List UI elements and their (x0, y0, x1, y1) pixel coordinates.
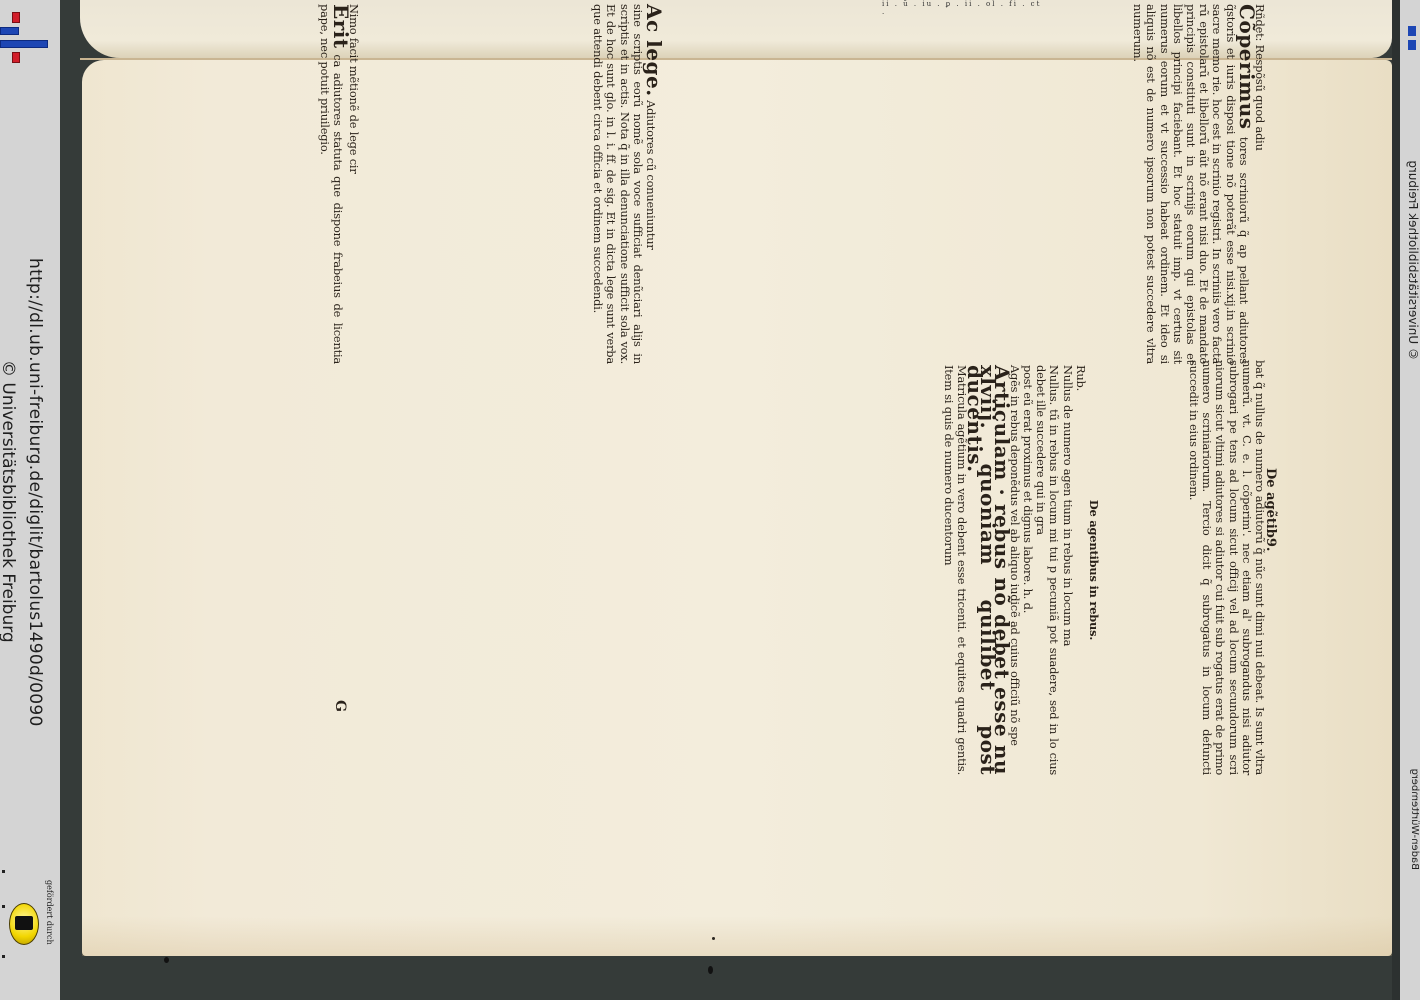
text-column-left-middle: Ac lege. Adiutores cũ conueniuntur sine … (591, 4, 660, 364)
rubric-label: Rub. (1074, 365, 1087, 775)
scanned-page-image: ii . ũ . iu . ꝑ . ii . ol . fi . ct . De… (60, 0, 1400, 1000)
logo-blue-bar-long (0, 40, 48, 48)
lions-crest-icon (15, 916, 33, 930)
university-flag-logo (0, 12, 48, 62)
initial-heading: Erit (329, 4, 353, 49)
section-heading: De agentibus in rebus. (1087, 365, 1100, 775)
column-line: Matricula agẽtium in vero debent esse tr… (942, 365, 968, 775)
column-text: bat q̃ nullus de numero adiutorũ q̃ nũc … (1187, 360, 1266, 775)
logo-red-mark-bottom (12, 52, 20, 63)
signature-mark: G (332, 700, 348, 712)
initial-heading: Ac lege. (642, 4, 666, 97)
viewer-right-margin: © Universitätsbibliothek Freiburg Baden-… (1400, 0, 1420, 1000)
section-heading-articulam: Articulam · rebus nõ debet esse nu xlvii… (968, 365, 1008, 775)
margin-dot (2, 870, 5, 873)
scan-right-edge (1392, 0, 1400, 1000)
logo-blue-bar-short (0, 27, 19, 35)
mirrored-funder-text: Baden-Württemberg (1409, 768, 1420, 870)
column-line: Nullus. tũ in rebus in locum mi tui p pe… (1034, 365, 1060, 775)
paper-spot (712, 937, 715, 940)
viewer-left-margin: http://dl.ub.uni-freiburg.de/diglit/bart… (0, 0, 61, 1000)
funded-by-label: gefördert durch (45, 880, 54, 945)
column-text: tores scriniorũ q̃ ap pellant adiutores … (1131, 4, 1251, 364)
logo-blue-mark (1408, 40, 1416, 50)
text-column-right: bat q̃ nullus de numero adiutorũ q̃ nũc … (1187, 360, 1266, 775)
margin-dot (2, 955, 5, 958)
paper-spot (164, 957, 169, 963)
margin-dot (2, 905, 5, 908)
text-column-right-lower: De agentibus in rebus. Rub. Nullus de nu… (942, 365, 1100, 775)
copyright-notice: © Universitätsbibliothek Freiburg (0, 360, 18, 643)
logo-blue-mark (1408, 26, 1416, 36)
paper-spot (708, 966, 713, 974)
baden-wuerttemberg-logo-icon (9, 903, 39, 945)
mirrored-copyright-text: © Universitätsbibliothek Freiburg (1406, 160, 1420, 360)
permalink-url[interactable]: http://dl.ub.uni-freiburg.de/diglit/bart… (25, 258, 45, 727)
lemma-note: Nimo facit mẽtionẽ de lege cir (347, 4, 360, 364)
column-line: Nullus de numero agen tium in rebus in l… (1060, 365, 1073, 775)
column-text: sine scriptis eorũ nomẽ sola voce suffic… (591, 4, 644, 364)
column-line: post eũ erat proximus et dignus labore. … (1021, 365, 1034, 775)
text-column-left-lower: Nimo facit mẽtionẽ de lege cir Erit ca a… (317, 4, 360, 364)
logo-red-mark-top (12, 12, 20, 23)
column-text: ca adiutores statuta que dispone frabeiu… (318, 4, 345, 364)
facing-page-text-bleed: ii . ũ . iu . ꝑ . ii . ol . fi . ct . (882, 0, 1042, 18)
initial-heading: Cõperimus (1235, 4, 1259, 130)
lemma-note: Adiutores cũ conueniuntur (644, 100, 658, 250)
text-column-left: Rñdet: Respõsũ quod adiu Cõperimus tores… (1131, 4, 1266, 364)
